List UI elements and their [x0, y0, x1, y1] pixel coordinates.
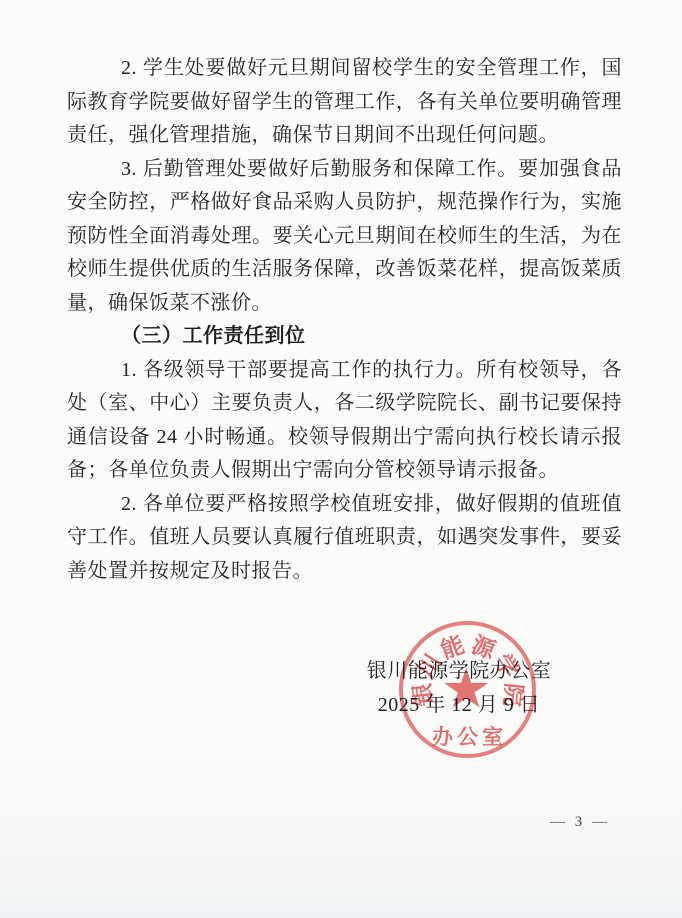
paragraph-students-office: 2. 学生处要做好元旦期间留校学生的安全管理工作，国际教育学院要做好留学生的管理… [67, 52, 622, 153]
paragraph-logistics-office: 3. 后勤管理处要做好后勤服务和保障工作。要加强食品安全防控，严格做好食品采购人… [67, 153, 622, 321]
seal-office-label: 办公室 [403, 721, 532, 751]
document-body: 2. 学生处要做好元旦期间留校学生的安全管理工作，国际教育学院要做好留学生的管理… [67, 52, 622, 588]
signature-date: 2025 年 12 月 9 日 [328, 689, 590, 723]
signature-block: 银川能源学院办公室 2025 年 12 月 9 日 [328, 655, 590, 722]
page-number: — 3 — [540, 814, 620, 831]
section-heading-responsibility: （三）工作责任到位 [67, 320, 622, 354]
document-page: 2. 学生处要做好元旦期间留校学生的安全管理工作，国际教育学院要做好留学生的管理… [0, 0, 682, 918]
signature-organization: 银川能源学院办公室 [328, 655, 590, 689]
paragraph-duty-shift: 2. 各单位要严格按照学校值班安排，做好假期的值班值守工作。值班人员要认真履行值… [67, 488, 622, 589]
paragraph-leadership-duty: 1. 各级领导干部要提高工作的执行力。所有校领导，各处（室、中心）主要负责人，各… [67, 354, 622, 488]
